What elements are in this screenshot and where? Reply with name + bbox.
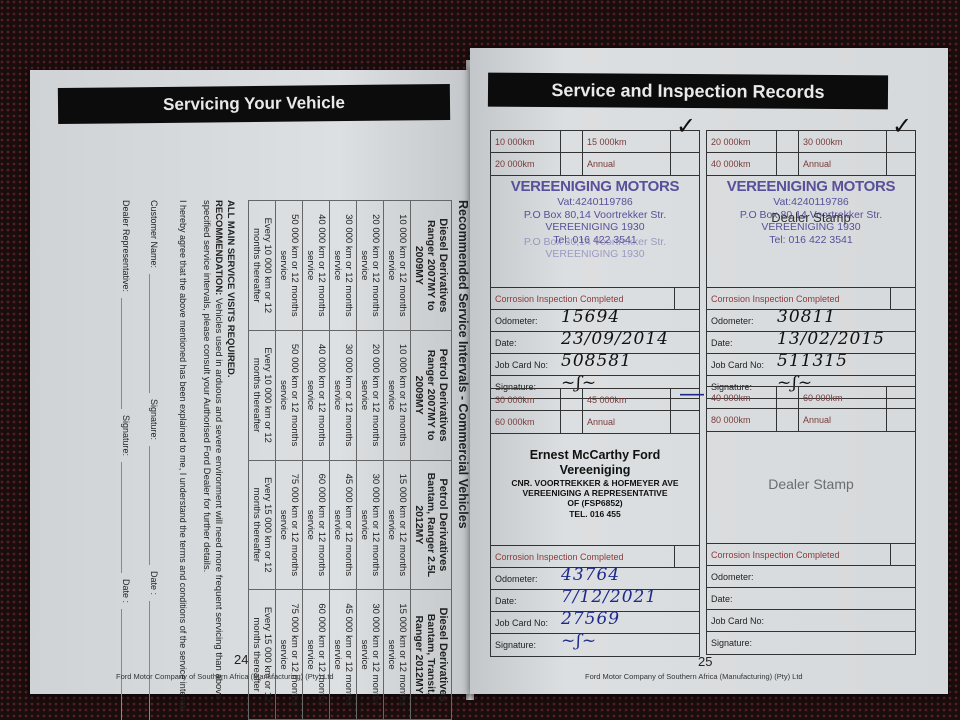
interval-cell: 40 000 km or 12 months service [303,330,330,460]
fuel-type: Diesel Derivatives [437,608,449,702]
left-page-title: Servicing Your Vehicle [58,84,450,124]
dealer-signature-field[interactable] [121,462,131,573]
corrosion-row: Corrosion Inspection Completed [707,544,915,566]
date-field[interactable]: Date: [707,588,915,610]
section-title: Recommended Service Intervals - Commerci… [456,200,470,720]
customer-signature-row: Customer Name: Signature: Date : [149,200,159,720]
page-number: 25 [698,654,712,669]
recommendation-label: RECOMMENDATION: [213,200,224,295]
service-record-3: 30 000km45 000km60 000kmAnnual Ernest Mc… [490,388,700,657]
required-heading: ALL MAIN SERVICE VISITS REQUIRED. [225,200,236,378]
km-checkbox[interactable] [561,131,583,153]
interval-cell: 10 000 km or 12 months service [384,201,411,331]
customer-date-field[interactable] [149,601,159,720]
service-intervals-table: Diesel DerivativesRanger 2007MY to 2009M… [248,200,452,720]
interval-cell: 45 000 km or 12 months service [330,590,357,720]
customer-name-label: Customer Name: [149,200,159,268]
customer-signature-label: Signature: [149,399,159,440]
dealer-stamp-label: Dealer Stamp [707,210,915,225]
checkmark-icon: — [680,380,704,408]
corrosion-checkbox[interactable] [675,546,699,567]
dealer-stamp-area: Ernest McCarthy FordVereeniging CNR. VOO… [491,434,699,546]
table-row: 20 000 km or 12 months service20 000 km … [357,201,384,720]
interval-column-header: Diesel DerivativesRanger 2007MY to 2009M… [411,201,452,331]
interval-cell: 30 000 km or 12 months service [330,330,357,460]
dealer-date-label: Date : [121,579,131,603]
job-card-value: 508581 [561,350,632,372]
interval-cell: 30 000 km or 12 months service [330,201,357,331]
signature-field[interactable]: Signature: [707,632,915,654]
interval-cell: 60 000 km or 12 months service [303,590,330,720]
km-label: 10 000km [491,131,561,153]
odometer-value: 15694 [561,306,620,328]
dealer-date-field[interactable] [121,609,131,720]
km-label: 40 000km [707,153,777,175]
km-label: 30 000km [491,389,561,411]
checkmark-icon: ✓ [676,112,696,141]
dealer-stamp-area: VEREENIGING MOTORSVat:4240119786P.O Box … [707,176,915,288]
km-checkbox[interactable] [777,131,799,153]
fuel-type: Petrol Derivatives [437,349,449,442]
right-page-title: Service and Inspection Records [488,73,888,110]
job-card-value: 27569 [561,608,620,630]
odometer-value: 43764 [561,564,620,586]
signature-field[interactable]: Signature:~ʃ~ [491,634,699,656]
interval-cell: 75 000 km or 12 months service [276,590,303,720]
customer-signature-field[interactable] [149,446,159,565]
interval-cell: 45 000 km or 12 months service [330,460,357,590]
job-card-field[interactable]: Job Card No: [707,610,915,632]
dealer-stamp-label: Dealer Stamp [707,476,915,492]
km-label: Annual [799,409,887,431]
km-checkbox[interactable] [777,387,799,409]
interval-column-header: Diesel DerivativesBantam, Transit, Range… [411,590,452,720]
table-row: 50 000 km or 12 months service50 000 km … [276,201,303,720]
page-footer: Ford Motor Company of Southern Africa (M… [116,672,334,681]
km-label: Annual [583,153,671,175]
right-page: Service and Inspection Records 10 000km1… [470,48,948,694]
left-page: Servicing Your Vehicle Recommended Servi… [30,70,470,694]
date-value: 13/02/2015 [777,328,885,350]
dealer-signature-row: Dealer Representative: Signature: Date : [121,200,131,720]
interval-cell: 75 000 km or 12 months service [276,460,303,590]
interval-cell: Every 10 000 km or 12 months thereafter [249,330,276,460]
fuel-type: Petrol Derivatives [437,478,449,571]
date-value: 23/09/2014 [561,328,669,350]
km-checkbox[interactable] [561,411,583,433]
interval-cell: 15 000 km or 12 months service [384,590,411,720]
dealer-signature-label: Signature: [121,415,131,456]
model-range: Bantam, Transit, Ranger 2012MY [413,594,437,715]
interval-cell: 60 000 km or 12 months service [303,460,330,590]
km-checkbox[interactable] [777,153,799,175]
interval-cell: 50 000 km or 12 months service [276,330,303,460]
km-interval-grid: 30 000km45 000km60 000kmAnnual [491,389,699,434]
km-label: 60 000km [491,411,561,433]
km-checkbox[interactable] [561,389,583,411]
km-checkbox[interactable] [887,153,915,175]
table-row: 30 000 km or 12 months service30 000 km … [330,201,357,720]
km-label: 40 000km [707,387,777,409]
table-row: 10 000 km or 12 months service10 000 km … [384,201,411,720]
km-label: Annual [799,153,887,175]
interval-cell: 15 000 km or 12 months service [384,460,411,590]
model-range: Bantam, Ranger 2.5L 2012MY [413,465,437,586]
interval-cell: 50 000 km or 12 months service [276,201,303,331]
date-value: 7/12/2021 [561,586,657,608]
km-interval-grid: 40 000km60 000km80 000kmAnnual [707,387,915,432]
odometer-value: 30811 [777,306,836,328]
km-label: 20 000km [707,131,777,153]
service-intervals-section: Recommended Service Intervals - Commerci… [70,200,470,720]
fuel-type: Diesel Derivatives [437,218,449,312]
table-row: Every 10 000 km or 12 months thereafterE… [249,201,276,720]
service-record-1: 10 000km15 000km20 000kmAnnual VEREENIGI… [490,130,700,399]
dealer-stamp-area: Dealer Stamp [707,432,915,544]
km-label: Annual [583,411,671,433]
page-footer: Ford Motor Company of Southern Africa (M… [585,672,803,681]
checkmark-icon: ✓ [892,112,912,141]
interval-cell: Every 15 000 km or 12 months thereafter [249,590,276,720]
signature-value: ~ʃ~ [561,630,597,652]
km-checkbox[interactable] [887,387,915,409]
interval-cell: 20 000 km or 12 months service [357,330,384,460]
km-checkbox[interactable] [671,411,699,433]
page-number: 24 [234,652,248,667]
km-checkbox[interactable] [887,409,915,431]
interval-column-header: Petrol DerivativesBantam, Ranger 2.5L 20… [411,460,452,590]
km-label: 20 000km [491,153,561,175]
dealer-rep-field[interactable] [121,298,131,409]
corrosion-checkbox[interactable] [675,288,699,309]
interval-cell: 20 000 km or 12 months service [357,201,384,331]
interval-cell: 10 000 km or 12 months service [384,330,411,460]
interval-cell: 40 000 km or 12 months service [303,201,330,331]
recommendation-note: ALL MAIN SERVICE VISITS REQUIRED. RECOMM… [200,200,236,720]
corrosion-checkbox[interactable] [891,288,915,309]
km-checkbox[interactable] [561,153,583,175]
interval-column-header: Petrol DerivativesRanger 2007MY to 2009M… [411,330,452,460]
dealer-stamp: Ernest McCarthy FordVereeniging CNR. VOO… [491,434,699,519]
corrosion-label: Corrosion Inspection Completed [707,544,891,565]
customer-name-field[interactable] [149,274,159,393]
agreement-text: I hereby agree that the above mentioned … [177,200,189,720]
corrosion-checkbox[interactable] [891,544,915,565]
km-label: 80 000km [707,409,777,431]
interval-cell: Every 10 000 km or 12 months thereafter [249,201,276,331]
model-range: Ranger 2007MY to 2009MY [413,205,437,326]
odometer-field[interactable]: Odometer: [707,566,915,588]
dealer-stamp-area: VEREENIGING MOTORSVat:4240119786P.O Box … [491,176,699,288]
km-label: 15 000km [583,131,671,153]
km-interval-grid: 20 000km30 000km40 000kmAnnual [707,131,915,176]
interval-cell: 30 000 km or 12 months service [357,460,384,590]
km-label: 60 000km [799,387,887,409]
stamp-ghost: P.O Box 80,14 Voortrekker Str.VEREENIGIN… [491,224,699,260]
job-card-value: 511315 [777,350,848,372]
km-checkbox[interactable] [671,153,699,175]
km-interval-grid: 10 000km15 000km20 000kmAnnual [491,131,699,176]
km-label: 45 000km [583,389,671,411]
interval-cell: 30 000 km or 12 months service [357,590,384,720]
service-record-2: 20 000km30 000km40 000kmAnnual VEREENIGI… [706,130,916,399]
service-record-4: 40 000km60 000km80 000kmAnnualDealer Sta… [706,386,916,655]
km-label: 30 000km [799,131,887,153]
km-checkbox[interactable] [777,409,799,431]
customer-date-label: Date : [149,571,159,595]
table-row: 40 000 km or 12 months service40 000 km … [303,201,330,720]
dealer-rep-label: Dealer Representative: [121,200,131,292]
interval-cell: Every 15 000 km or 12 months thereafter [249,460,276,590]
model-range: Ranger 2007MY to 2009MY [413,335,437,456]
